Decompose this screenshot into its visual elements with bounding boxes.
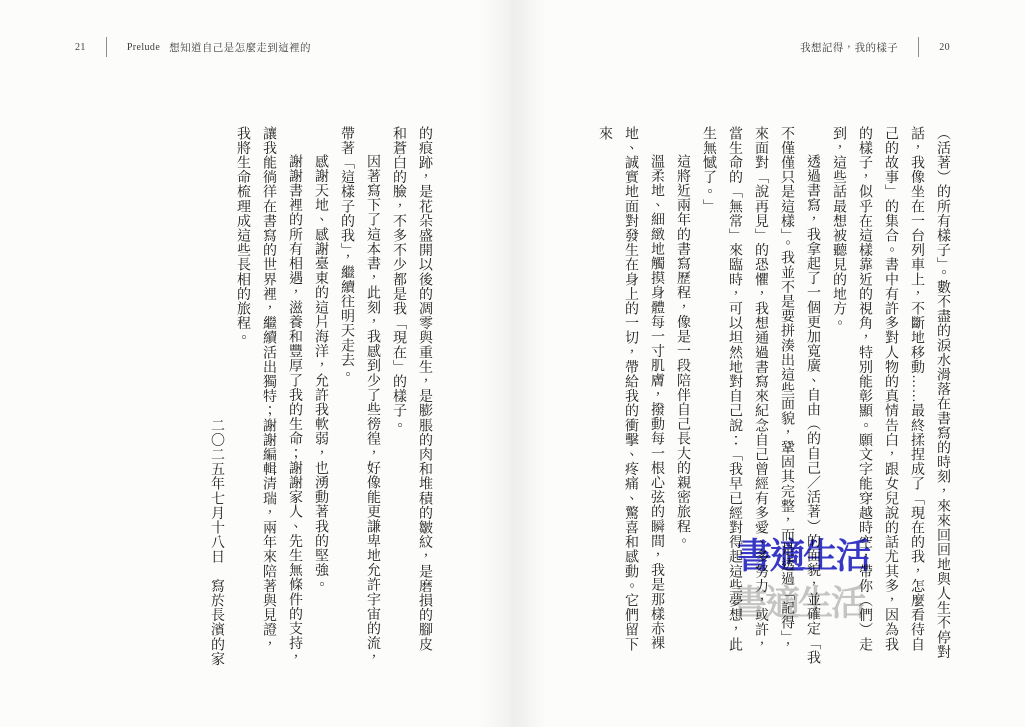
left-page-number: 21 — [75, 42, 86, 53]
paragraph: 溫柔地、細緻地觸摸身體每一寸肌膚，撥動每一根心弦的瞬間，我是那樣赤裸地、誠實地面… — [591, 126, 669, 666]
paragraph: 因著寫下了這本書，此刻，我感到少了些徬徨，好像能更謙卑地允許宇宙的流，帶著「這樣… — [333, 126, 385, 666]
header-divider — [918, 37, 919, 57]
right-running-head: 我想記得，我的樣子 20 — [800, 36, 950, 58]
paragraph: 這將近兩年的書寫歷程，像是一段陪伴自己長大的親密旅程。 — [669, 126, 695, 666]
paragraph: 的痕跡，是花朵盛開以後的凋零與重生，是膨脹的肉和堆積的皺紋，是磨損的腳皮和蒼白的… — [385, 126, 437, 666]
paragraph: 謝謝書裡的所有相遇，滋養和豐厚了我的生命；謝謝家人、先生無條件的支持，讓我能徜徉… — [229, 126, 307, 666]
right-page-number: 20 — [939, 42, 950, 53]
paragraph: 感謝天地、感謝臺東的這片海洋，允許我軟弱，也湧動著我的堅強。 — [307, 126, 333, 666]
section-label: Prelude — [127, 42, 160, 53]
paragraph: （活著）的所有樣子」。數不盡的淚水滑落在書寫的時刻，來來回回地與人生不停對話，我… — [825, 126, 955, 666]
left-running-head: 21 Prelude 想知道自己是怎麼走到這裡的 — [75, 36, 311, 58]
book-title: 我想記得，我的樣子 — [800, 40, 898, 55]
header-divider — [106, 37, 107, 57]
left-page-text: 的痕跡，是花朵盛開以後的凋零與重生，是膨脹的肉和堆積的皺紋，是磨損的腳皮和蒼白的… — [203, 126, 437, 666]
right-page-text: （活著）的所有樣子」。數不盡的淚水滑落在書寫的時刻，來來回回地與人生不停對話，我… — [591, 126, 955, 666]
right-page: 我想記得，我的樣子 20 （活著）的所有樣子」。數不盡的淚水滑落在書寫的時刻，來… — [512, 0, 1025, 727]
chapter-title: 想知道自己是怎麼走到這裡的 — [169, 40, 311, 55]
date-line: 二〇二五年七月十八日 寫於長濱的家 — [203, 126, 229, 666]
left-page: 21 Prelude 想知道自己是怎麼走到這裡的 的痕跡，是花朵盛開以後的凋零與… — [0, 0, 512, 727]
book-spread: 21 Prelude 想知道自己是怎麼走到這裡的 的痕跡，是花朵盛開以後的凋零與… — [0, 0, 1025, 727]
paragraph: 透過書寫，我拿起了一個更加寬廣、自由（的自己／活著）的面貌，並確定「我不僅僅只是… — [695, 126, 825, 666]
